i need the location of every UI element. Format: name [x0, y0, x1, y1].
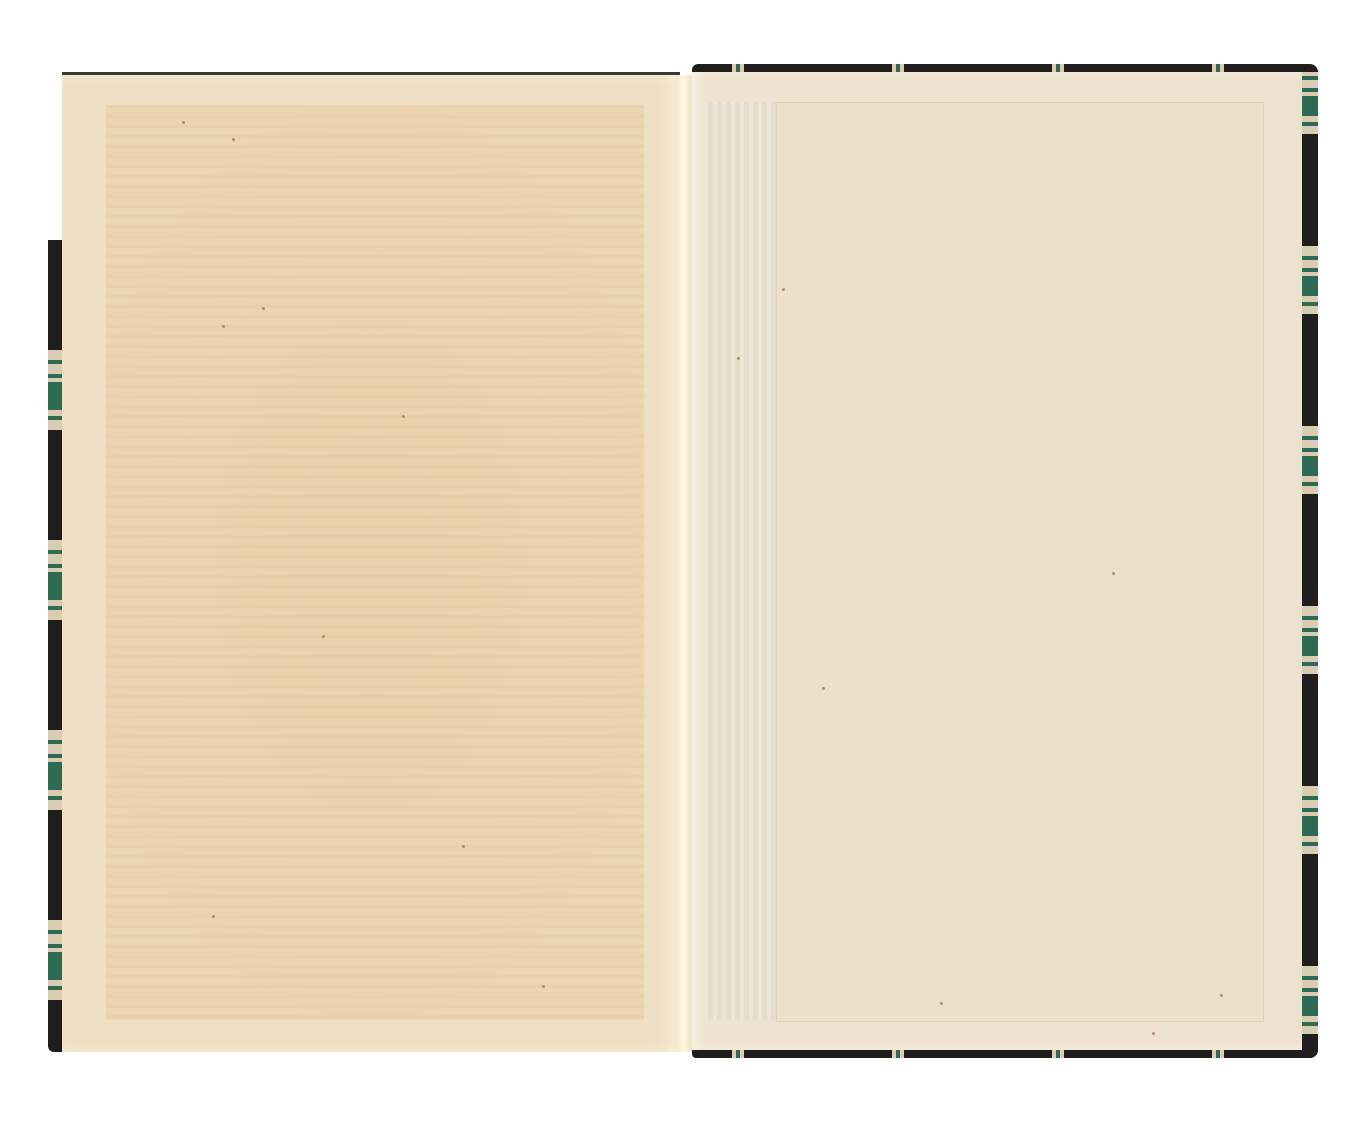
foxing-speck	[940, 1002, 943, 1005]
right-endpaper	[692, 72, 1302, 1050]
foxing-speck	[322, 635, 325, 638]
foxing-speck	[822, 687, 825, 690]
foxing-speck	[737, 357, 740, 360]
foxing-speck	[462, 845, 465, 848]
foxing-speck	[1220, 994, 1223, 997]
hinge-fold	[704, 102, 777, 1020]
text-offset-stain	[106, 105, 644, 1020]
foxing-speck	[542, 985, 545, 988]
pastedown-panel	[776, 102, 1264, 1022]
foxing-speck	[782, 288, 785, 291]
foxing-speck	[1112, 572, 1115, 575]
foxing-speck	[222, 325, 225, 328]
cover-edge-top	[692, 64, 1318, 72]
foxing-speck	[262, 307, 265, 310]
left-endpaper	[62, 75, 678, 1052]
cover-edge-right	[1302, 66, 1318, 1058]
foxing-speck	[1152, 1032, 1155, 1035]
foxing-speck	[182, 121, 185, 124]
foxing-speck	[402, 415, 405, 418]
book-gutter	[676, 75, 692, 1052]
book-photo	[0, 0, 1360, 1133]
cover-edge-bottom	[692, 1050, 1318, 1058]
foxing-speck	[232, 138, 235, 141]
foxing-speck	[212, 915, 215, 918]
